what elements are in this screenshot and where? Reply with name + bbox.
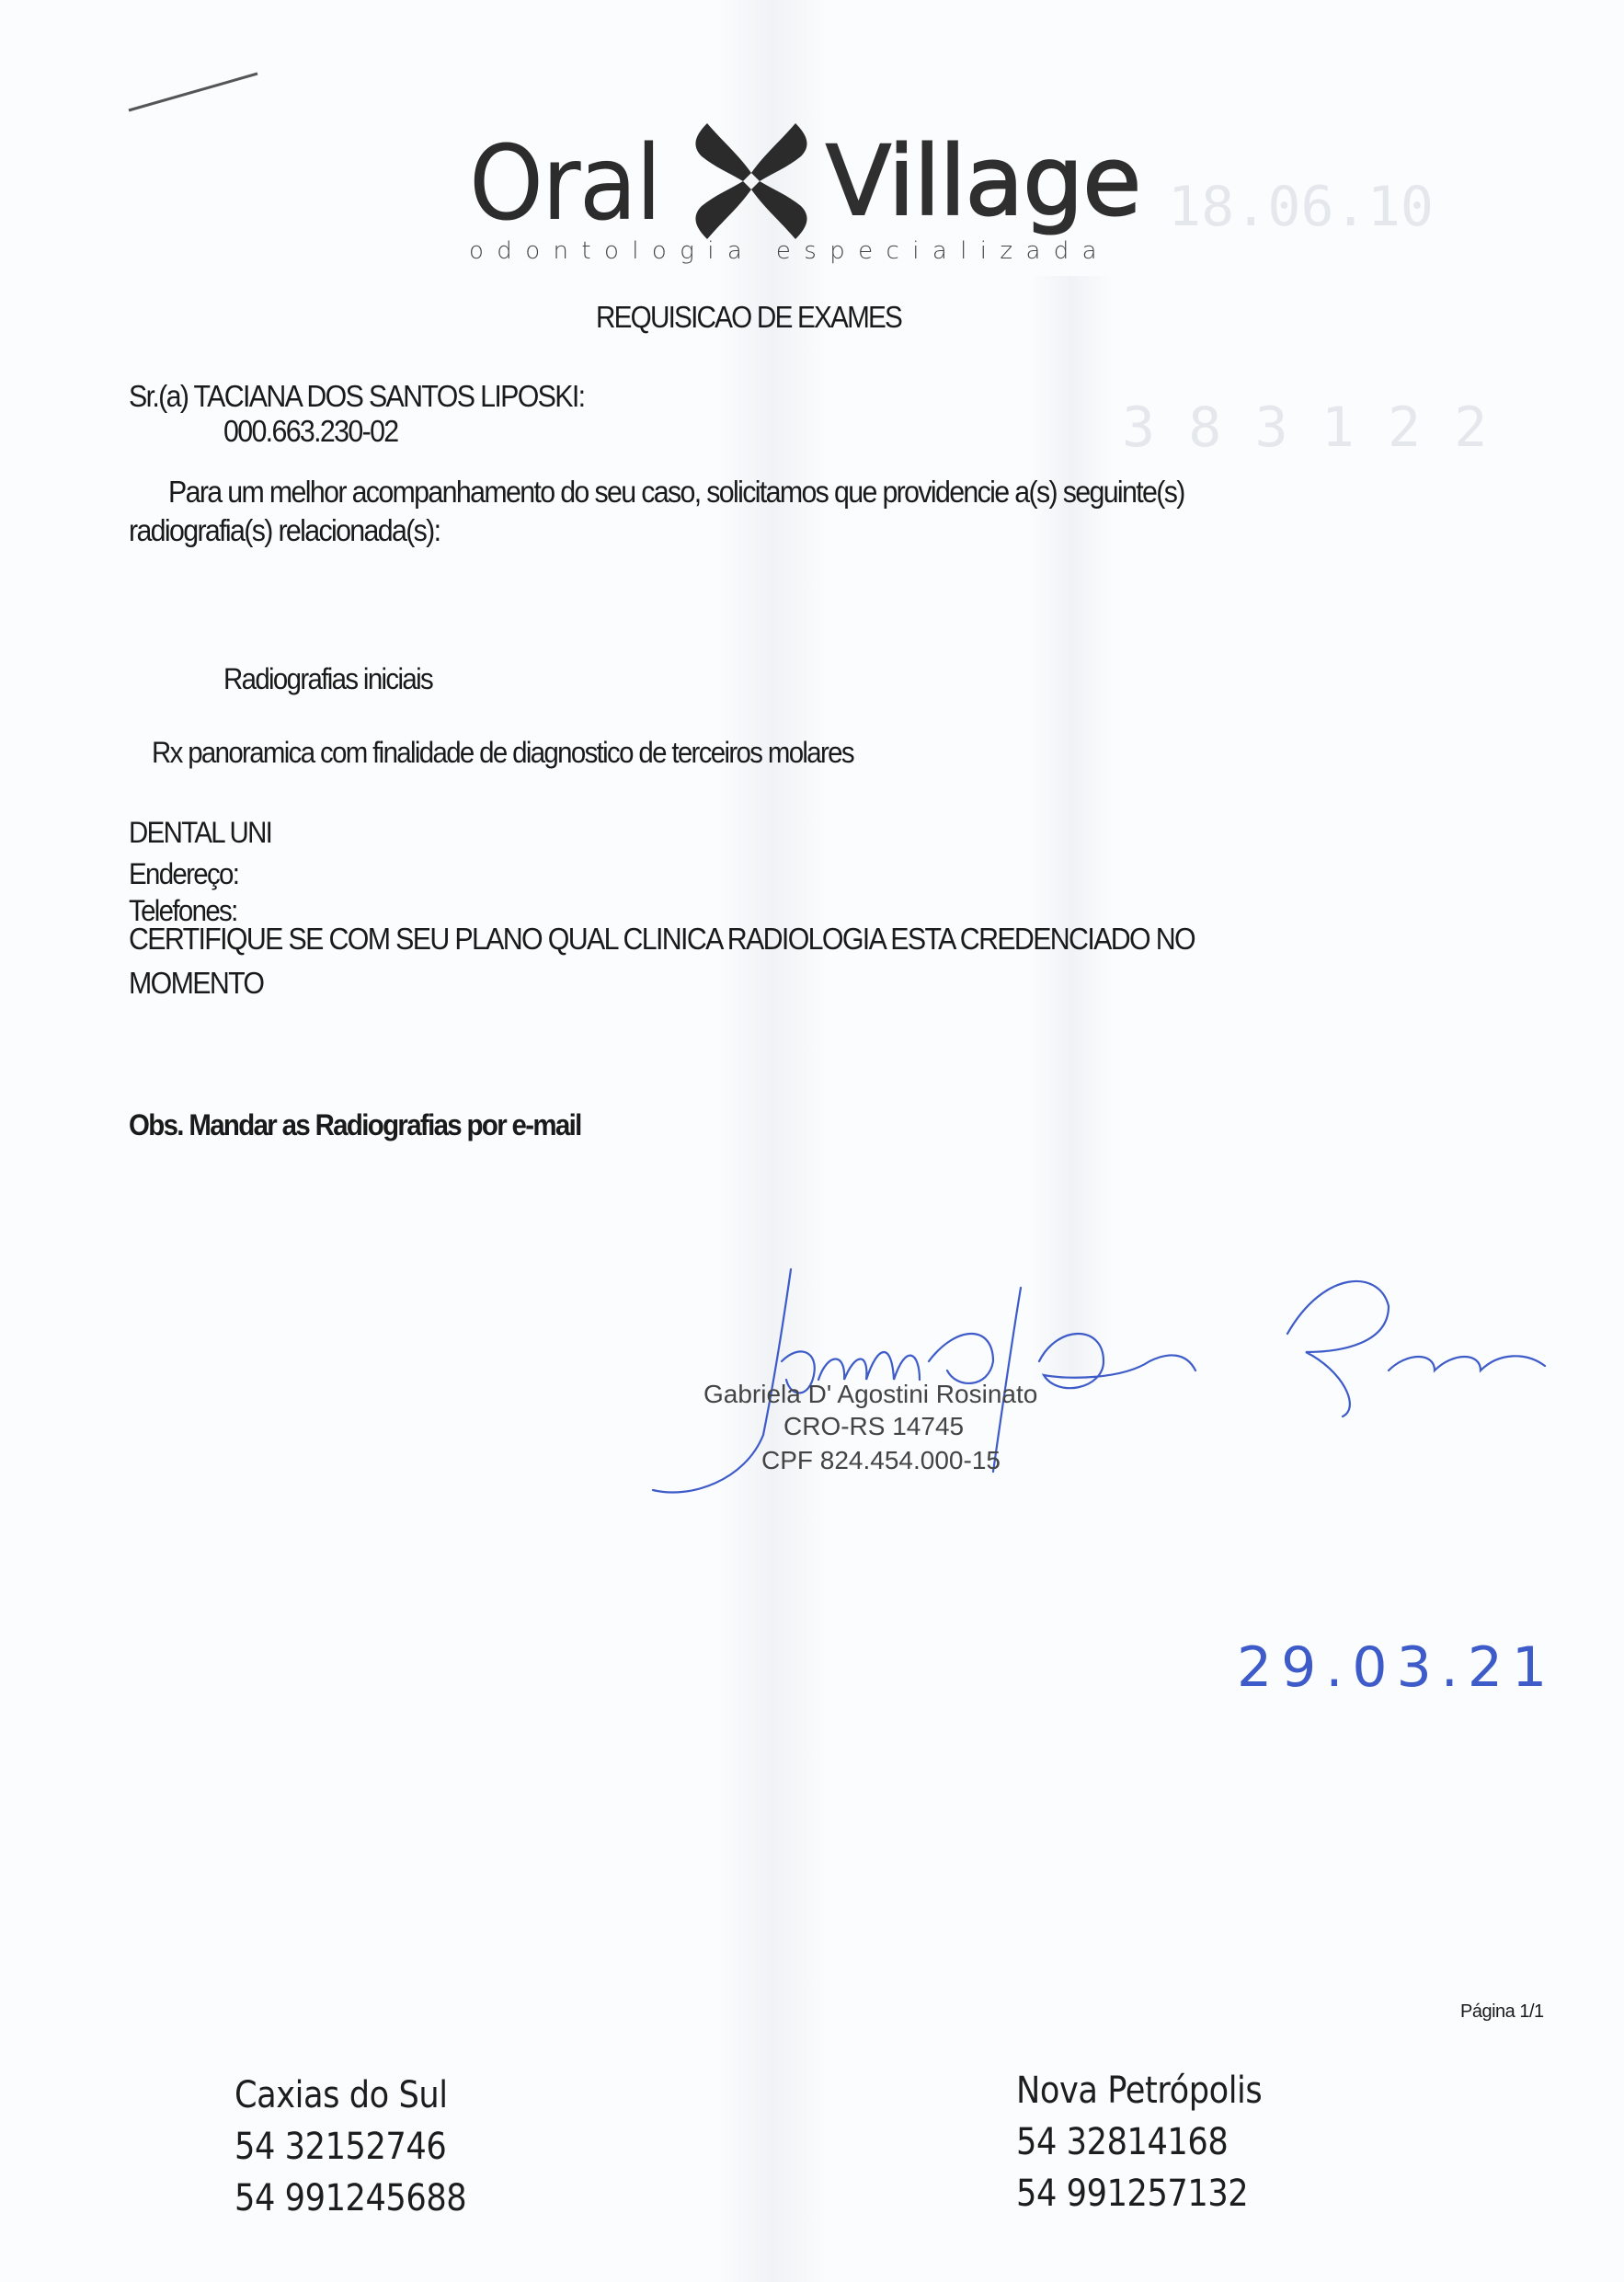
page-number: Página 1/1 — [1460, 2001, 1544, 2023]
office-city: Caxias do Sul — [234, 2074, 466, 2126]
logo-text-oral: Oral — [469, 124, 660, 244]
intro-text-line-1: Para um melhor acompanhamento do seu cas… — [168, 475, 1184, 510]
signature-block: Gabriela D' Agostini Rosinato CRO-RS 147… — [625, 1251, 1600, 1527]
document-title: REQUISICAO DE EXAMES — [596, 300, 901, 335]
office-phone: 54 991257132 — [1016, 2173, 1262, 2224]
handwritten-date: 29.03.21 — [1237, 1635, 1556, 1700]
patient-name-line: Sr.(a) TACIANA DOS SANTOS LIPOSKI: — [129, 379, 584, 414]
paper-crease — [1030, 276, 1113, 1380]
office-nova-petropolis: Nova Petrópolis 54 32814168 54 991257132 — [1016, 2070, 1296, 2224]
bleed-through-text: 3 8 3 1 2 2 — [1122, 396, 1487, 460]
office-city: Nova Petrópolis — [1016, 2070, 1262, 2121]
stamp-name: Gabriela D' Agostini Rosinato — [703, 1380, 1037, 1409]
staple-mark — [120, 64, 267, 120]
observation-note: Obs. Mandar as Radiografias por e-mail — [129, 1108, 581, 1142]
logo-text-village: Village — [826, 125, 1140, 237]
stamp-cpf: CPF 824.454.000-15 — [761, 1446, 1001, 1475]
office-phone: 54 991245688 — [234, 2177, 466, 2229]
intro-text-line-2: radiografia(s) relacionada(s): — [129, 513, 440, 548]
exam-item: Rx panoramica com finalidade de diagnost… — [152, 736, 853, 770]
office-phone: 54 32814168 — [1016, 2121, 1262, 2173]
office-phone: 54 32152746 — [234, 2126, 466, 2177]
address-label: Endereço: — [129, 857, 238, 891]
office-caxias: Caxias do Sul 54 32152746 54 991245688 — [234, 2074, 498, 2229]
paper-crease — [717, 0, 828, 2282]
bleed-through-text: 18.06.10 — [1168, 175, 1434, 239]
notice-line-2: MOMENTO — [129, 966, 263, 1001]
clinic-name: DENTAL UNI — [129, 816, 271, 850]
patient-id: 000.663.230-02 — [223, 414, 398, 449]
notice-line-1: CERTIFIQUE SE COM SEU PLANO QUAL CLINICA… — [129, 922, 1195, 957]
four-petal-tooth-cross-icon — [682, 112, 820, 250]
clinic-logo: Oral Village odontologia especializada — [469, 110, 1168, 258]
logo-tagline: odontologia especializada — [469, 237, 1110, 265]
section-heading: Radiografias iniciais — [223, 662, 432, 696]
stamp-cro: CRO-RS 14745 — [783, 1412, 964, 1441]
